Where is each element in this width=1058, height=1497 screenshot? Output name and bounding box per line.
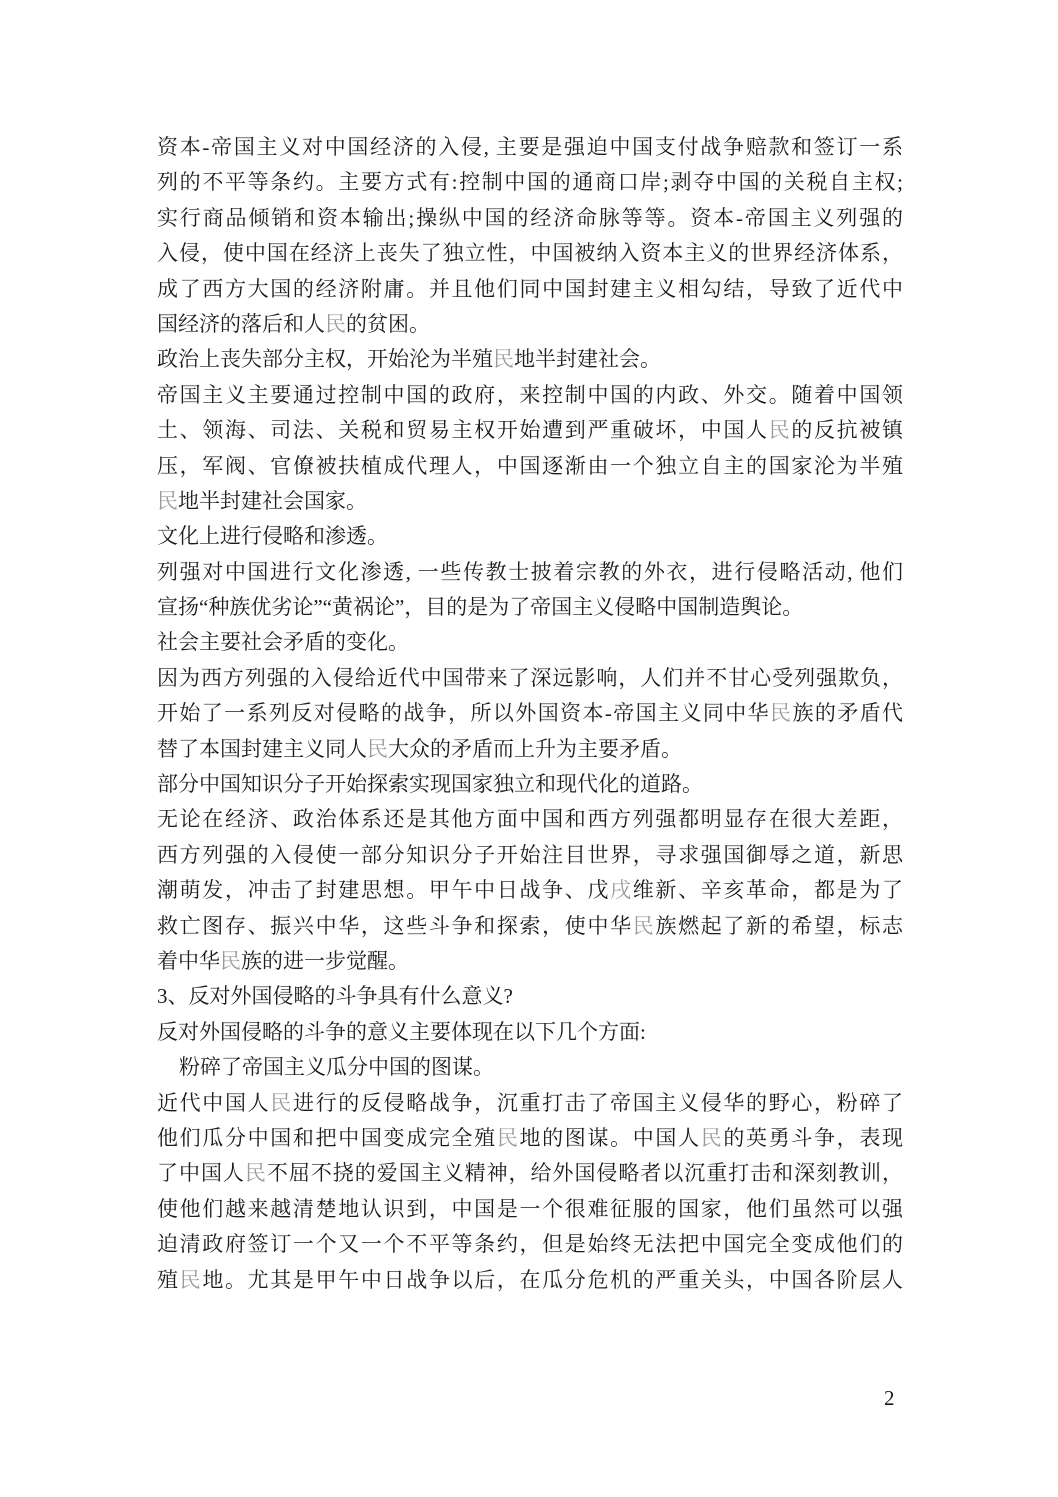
text-line: 政治上丧失部分主权，开始沦为半殖民地半封建社会。 — [157, 342, 903, 377]
text-line: 潮萌发，冲击了封建思想。甲午中日战争、戊戌维新、辛亥革命，都是为了 — [157, 873, 903, 908]
substituted-glyph: 民 — [325, 312, 346, 336]
substituted-glyph: 民 — [270, 1091, 293, 1115]
text-line: 着中华民族的进一步觉醒。 — [157, 944, 903, 979]
text-line: 无论在经济、政治体系还是其他方面中国和西方列强都明显存在很大差距， — [157, 802, 903, 837]
text-line: 国经济的落后和人民的贫困。 — [157, 307, 903, 342]
substituted-glyph: 民 — [220, 949, 241, 973]
substituted-glyph: 民 — [245, 1161, 267, 1185]
substituted-glyph: 民 — [367, 737, 388, 761]
text-line: 成了西方大国的经济附庸。并且他们同中国封建主义相勾结，导致了近代中 — [157, 272, 903, 307]
text-line: 部分中国知识分子开始探索实现国家独立和现代化的道路。 — [157, 767, 903, 802]
text-line: 救亡图存、振兴中华，这些斗争和探索，使中华民族燃起了新的希望，标志 — [157, 909, 903, 944]
substituted-glyph: 民 — [493, 347, 514, 371]
text-line: 3、反对外国侵略的斗争具有什么意义? — [157, 979, 903, 1014]
text-line: 入侵，使中国在经济上丧失了独立性，中国被纳入资本主义的世界经济体系， — [157, 236, 903, 271]
text-line: 他们瓜分中国和把中国变成完全殖民地的图谋。中国人民的英勇斗争，表现 — [157, 1121, 903, 1156]
text-line: 迫清政府签订一个又一个不平等条约，但是始终无法把中国完全变成他们的 — [157, 1227, 903, 1262]
document-page: 资本-帝国主义对中国经济的入侵, 主要是强迫中国支付战争赔款和签订一系列的不平等… — [0, 0, 1058, 1497]
substituted-glyph: 民 — [701, 1126, 724, 1150]
text-line: 社会主要社会矛盾的变化。 — [157, 625, 903, 660]
text-line: 使他们越来越清楚地认识到，中国是一个很难征服的国家，他们虽然可以强 — [157, 1192, 903, 1227]
text-line: 了中国人民不屈不挠的爱国主义精神，给外国侵略者以沉重打击和深刻教训， — [157, 1156, 903, 1191]
text-line: 列的不平等条约。主要方式有:控制中国的通商口岸;剥夺中国的关税自主权; — [157, 165, 903, 200]
substituted-glyph: 民 — [157, 489, 178, 513]
substituted-glyph: 民 — [497, 1126, 520, 1150]
substituted-glyph: 民 — [770, 701, 792, 725]
text-line: 开始了一系列反对侵略的战争，所以外国资本-帝国主义同中华民族的矛盾代 — [157, 696, 903, 731]
text-line: 替了本国封建主义同人民大众的矛盾而上升为主要矛盾。 — [157, 732, 903, 767]
text-line: 因为西方列强的入侵给近代中国带来了深远影响，人们并不甘心受列强欺负， — [157, 661, 903, 696]
substituted-glyph: 民 — [180, 1268, 203, 1292]
text-line: 资本-帝国主义对中国经济的入侵, 主要是强迫中国支付战争赔款和签订一系 — [157, 130, 903, 165]
text-line: 实行商品倾销和资本输出;操纵中国的经济命脉等等。资本-帝国主义列强的 — [157, 201, 903, 236]
text-line: 反对外国侵略的斗争的意义主要体现在以下几个方面: — [157, 1015, 903, 1050]
text-line: 殖民地。尤其是甲午中日战争以后，在瓜分危机的严重关头，中国各阶层人 — [157, 1263, 903, 1298]
text-line: 宣扬“种族优劣论”“黄祸论”，目的是为了帝国主义侵略中国制造舆论。 — [157, 590, 903, 625]
text-line: 近代中国人民进行的反侵略战争，沉重打击了帝国主义侵华的野心，粉碎了 — [157, 1086, 903, 1121]
substituted-glyph: 民 — [769, 418, 792, 442]
page-number: 2 — [884, 1383, 914, 1413]
text-line: 帝国主义主要通过控制中国的政府，来控制中国的内政、外交。随着中国领 — [157, 378, 903, 413]
text-line: 压，军阀、官僚被扶植成代理人，中国逐渐由一个独立自主的国家沦为半殖 — [157, 449, 903, 484]
text-line: 土、领海、司法、关税和贸易主权开始遭到严重破坏，中国人民的反抗被镇 — [157, 413, 903, 448]
text-line: 文化上进行侵略和渗透。 — [157, 519, 903, 554]
text-line: 列强对中国进行文化渗透, 一些传教士披着宗教的外衣，进行侵略活动, 他们 — [157, 555, 903, 590]
document-text: 资本-帝国主义对中国经济的入侵, 主要是强迫中国支付战争赔款和签订一系列的不平等… — [157, 130, 903, 1298]
text-line: 民地半封建社会国家。 — [157, 484, 903, 519]
text-line: 粉碎了帝国主义瓜分中国的图谋。 — [157, 1050, 903, 1085]
text-line: 西方列强的入侵使一部分知识分子开始注目世界，寻求强国御辱之道，新思 — [157, 838, 903, 873]
substituted-glyph: 民 — [633, 914, 656, 938]
substituted-glyph: 戌 — [610, 878, 633, 902]
